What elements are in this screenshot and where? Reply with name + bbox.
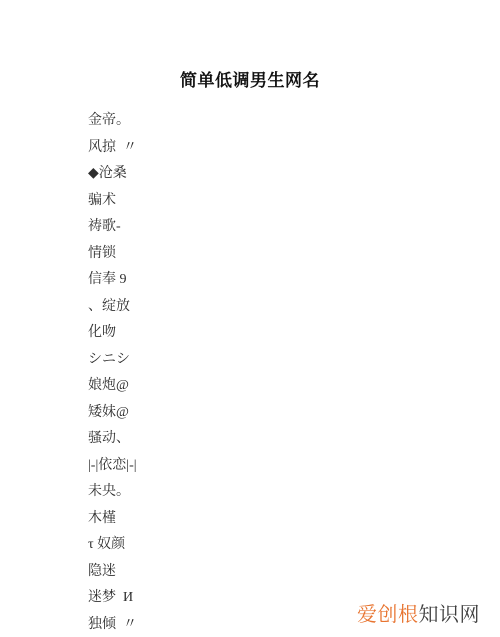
watermark-brand: 爱创根 [357,604,419,626]
list-item: 娘炮@ [88,373,500,400]
watermark: 爱创根知识网 [357,598,480,627]
list-item: 、绽放 [88,294,500,321]
list-item: シニシ [88,347,500,374]
list-item: τ 奴颜 [88,532,500,559]
list-item: 矮妹@ [88,400,500,427]
list-item: 信奉 9 [88,267,500,294]
list-item: 化吻 [88,320,500,347]
document-page: 简单低调男生网名 金帝。 风掠 〃 ◆沧桑 骗术 祷歌- 情锁 信奉 9 、绽放… [0,0,500,637]
nickname-list: 金帝。 风掠 〃 ◆沧桑 骗术 祷歌- 情锁 信奉 9 、绽放 化吻 シニシ 娘… [88,108,500,637]
list-item: ◆沧桑 [88,161,500,188]
page-title: 简单低调男生网名 [0,0,500,92]
watermark-suffix: 知识网 [419,604,481,626]
list-item: 祷歌- [88,214,500,241]
list-item: 骚动、 [88,426,500,453]
list-item: 未央。 [88,479,500,506]
list-item: 隐迷 [88,559,500,586]
list-item: |-|依恋|-| [88,453,500,480]
list-item: 木槿 [88,506,500,533]
list-item: 情锁 [88,241,500,268]
list-item: 骗术 [88,188,500,215]
list-item: 风掠 〃 [88,135,500,162]
list-item: 金帝。 [88,108,500,135]
